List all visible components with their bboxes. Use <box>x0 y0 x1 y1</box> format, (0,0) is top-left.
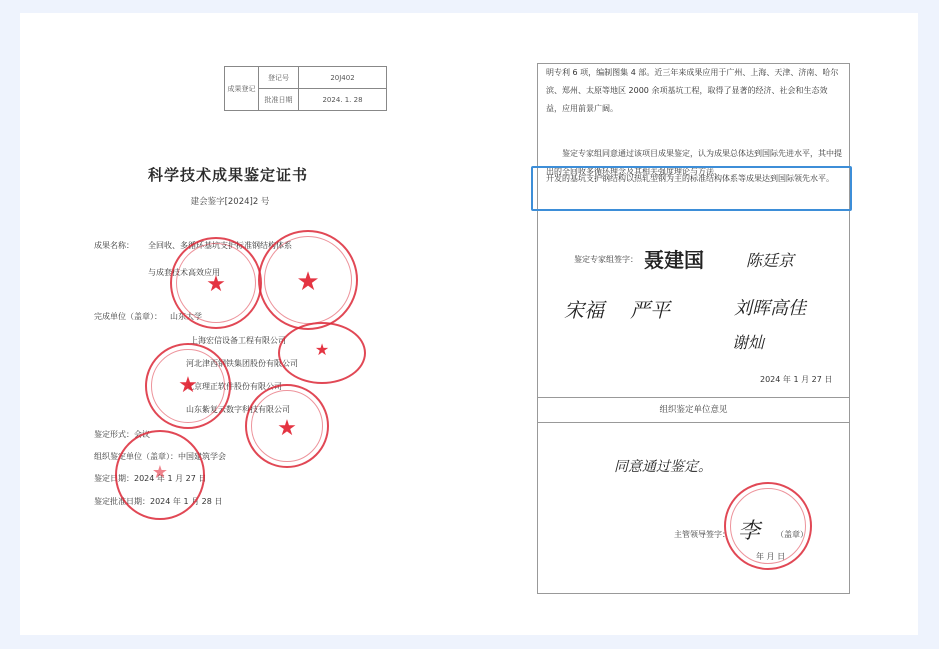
certificate-number: 建会鉴字[2024]2 号 <box>150 195 310 207</box>
seal-star-icon: ★ <box>315 342 329 358</box>
registration-number-value: 20J402 <box>299 67 387 89</box>
registration-group-label: 成果登记 <box>225 67 259 111</box>
completing-units-label: 完成单位（盖章）： <box>94 311 162 322</box>
seal-star-icon: ★ <box>152 464 168 482</box>
expert-signature-3: 宋福 <box>564 294 604 323</box>
expert-signature-1: 聂建国 <box>644 244 704 273</box>
opinion-page: 明专利 6 项，编制图集 4 部。近三年来成果应用于广州、上海、天津、济南、哈尔… <box>537 63 850 594</box>
leader-signature-label: 主管领导签字： <box>674 529 730 540</box>
org-opinion-header: 组织鉴定单位意见 <box>538 403 849 415</box>
approval-date-value: 2024. 1. 28 <box>299 89 387 111</box>
seal-star-icon: ★ <box>178 375 198 397</box>
expert-signature-label: 鉴定专家组签字： <box>574 254 638 265</box>
leader-signature: 李 <box>738 514 760 545</box>
opinion-paragraph-1: 明专利 6 项，编制图集 4 部。近三年来成果应用于广州、上海、天津、济南、哈尔… <box>546 64 842 118</box>
expert-date: 2024 年 1 月 27 日 <box>760 374 832 385</box>
seal-label: （盖章） <box>776 529 808 540</box>
registration-number-label: 登记号 <box>259 67 299 89</box>
seal-shandong-tech: ★ <box>245 384 329 468</box>
divider <box>538 422 849 423</box>
seal-shanghai-company: ★ <box>145 343 231 429</box>
seal-hebei-oval: ★ <box>278 322 366 384</box>
expert-signature-4: 严平 <box>630 294 670 323</box>
seal-shandong-university: ★ <box>170 237 262 329</box>
approval-date-label: 批准日期 <box>259 89 299 111</box>
seal-star-icon: ★ <box>277 418 297 440</box>
text-selection-highlight[interactable] <box>531 166 852 211</box>
seal-architecture-society: ★ <box>115 430 205 520</box>
seal-star-icon: ★ <box>296 269 319 295</box>
achievement-name-label: 成果名称： <box>94 240 134 251</box>
completing-unit-2: 上海宏信设备工程有限公司 <box>190 335 286 346</box>
date-placeholder: 年 月 日 <box>756 551 785 562</box>
org-opinion-text: 同意通过鉴定。 <box>614 456 712 476</box>
expert-signature-2: 陈廷京 <box>746 248 794 271</box>
registration-table: 成果登记 登记号 20J402 批准日期 2024. 1. 28 <box>224 66 387 111</box>
seal-star-icon: ★ <box>206 274 226 296</box>
seal-beijing-company: ★ <box>258 230 358 330</box>
expert-signature-5: 刘晖高佳 <box>734 294 806 320</box>
divider <box>538 397 849 398</box>
certificate-title: 科学技术成果鉴定证书 <box>118 164 338 185</box>
expert-signature-6: 谢灿 <box>732 330 764 353</box>
